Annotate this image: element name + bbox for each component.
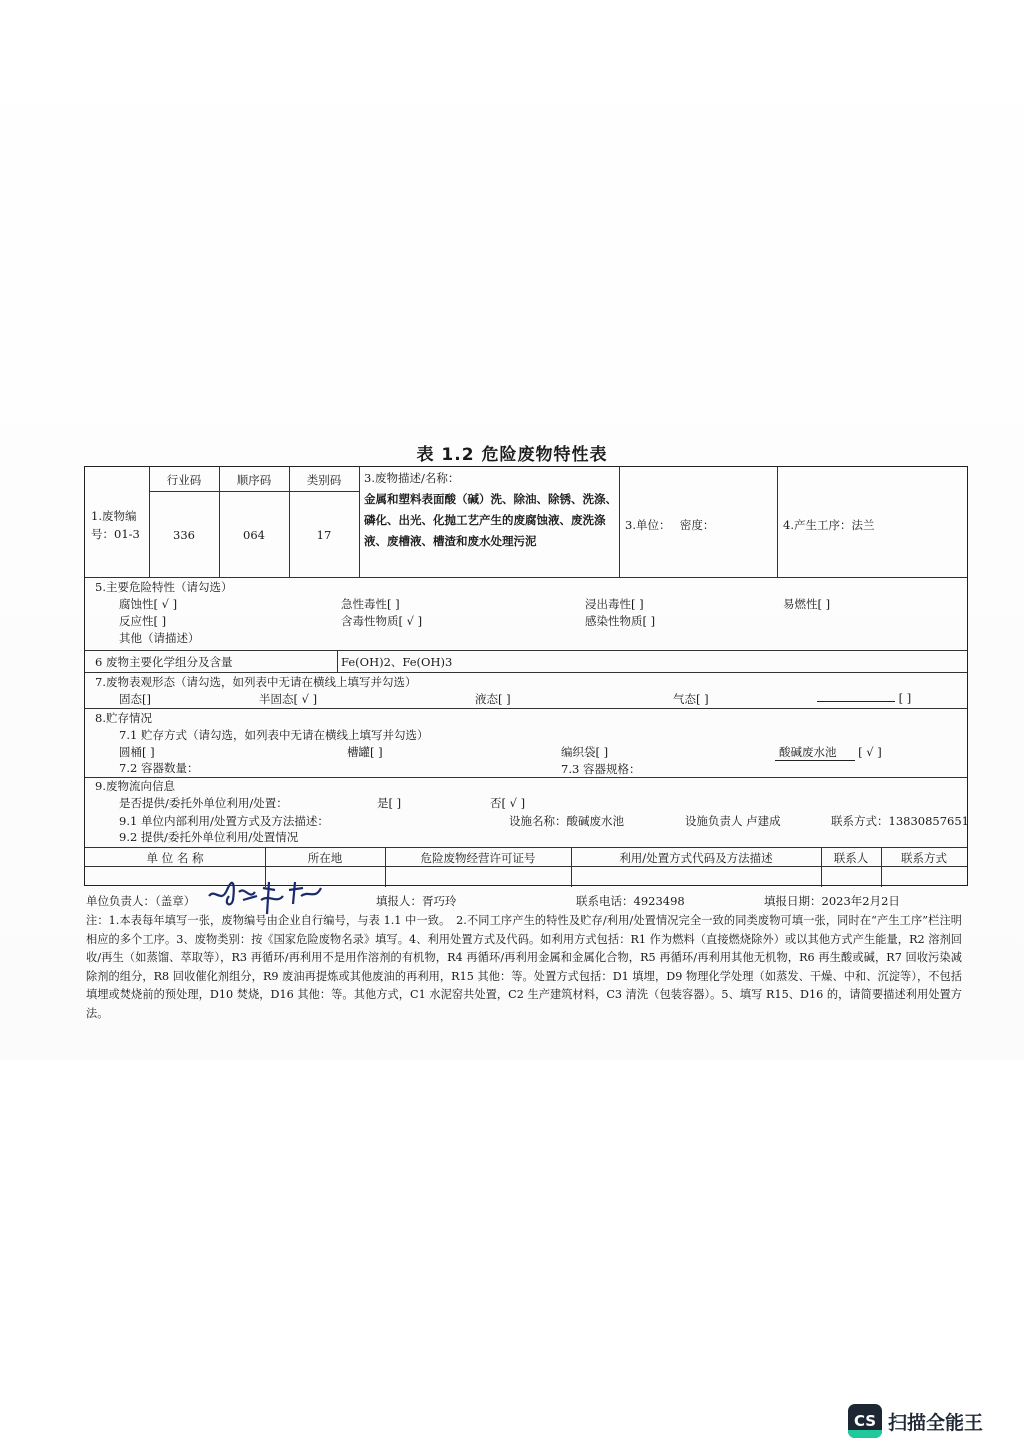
chemical-composition-value: Fe(OH)2、Fe(OH)3 xyxy=(341,654,452,670)
facility-contact: 联系方式：13830857651 xyxy=(831,813,969,829)
provide-no[interactable]: 否[ √ ] xyxy=(490,795,525,811)
form-notes: 注：1.本表每年填写一张，废物编号由企业自行编号，与表 1.1 中一致。 2.不… xyxy=(86,912,962,1024)
hazardous-waste-form: 1.废物编号：01-3 行业码 顺序码 类别码 336 064 17 3.废物描… xyxy=(84,466,968,886)
hazard-toxic-substance[interactable]: 含毒性物质[ √ ] xyxy=(341,613,422,629)
hazard-section-label: 5.主要危险特性（请勾选） xyxy=(95,579,232,595)
divider xyxy=(85,708,967,709)
form-section-label: 7.废物表观形态（请勾选，如列表中无请在横线上填写并勾选） xyxy=(95,674,416,690)
divider xyxy=(337,650,338,672)
storage-method-label: 7.1 贮存方式（请勾选，如列表中无请在横线上填写并勾选） xyxy=(119,727,428,743)
container-quantity: 7.2 容器数量： xyxy=(119,760,198,776)
provide-yes[interactable]: 是[ ] xyxy=(377,795,401,811)
storage-drum[interactable]: 圆桶[ ] xyxy=(119,744,155,760)
col-contact-person: 联系人 xyxy=(821,850,881,866)
page-title: 表 1.2 危险废物特性表 xyxy=(0,440,1024,465)
industry-code-value: 336 xyxy=(149,528,219,542)
waste-description: 金属和塑料表面酸（碱）洗、除油、除锈、洗涤、磷化、出光、化抛工艺产生的废腐蚀液、… xyxy=(364,489,622,552)
other-form-blank[interactable] xyxy=(817,691,895,702)
divider xyxy=(85,847,967,848)
divider xyxy=(85,672,967,673)
unit-responsible-label: 单位负责人：（盖章） xyxy=(86,893,195,909)
divider xyxy=(85,650,967,651)
col-disposal-method: 利用/处置方式代码及方法描述 xyxy=(571,850,821,866)
industry-code-header: 行业码 xyxy=(149,472,219,488)
hazard-other: 其他（请描述） xyxy=(119,630,200,646)
camscanner-watermark: CS 扫描全能王 xyxy=(848,1404,983,1438)
col-contact-info: 联系方式 xyxy=(881,850,967,866)
camscanner-logo-icon: CS xyxy=(848,1404,882,1438)
fill-date: 填报日期：2023年2月2日 xyxy=(764,893,900,909)
facility-manager: 设施负责人 卢建成 xyxy=(685,813,781,829)
external-disposal-label: 9.2 提供/委托外单位利用/处置情况 xyxy=(119,829,298,845)
storage-wastewater-pool[interactable]: 酸碱废水池 [ √ ] xyxy=(775,744,882,761)
chemical-composition-label: 6 废物主要化学组分及含量 xyxy=(95,654,232,670)
storage-woven-bag[interactable]: 编织袋[ ] xyxy=(561,744,608,760)
form-solid[interactable]: 固态[] xyxy=(119,691,151,707)
provide-question: 是否提供/委托外单位利用/处置： xyxy=(119,795,288,811)
filler-name: 填报人：胥巧玲 xyxy=(376,893,457,909)
unit-density-label: 3.单位： 密度： xyxy=(625,517,714,533)
form-semisolid[interactable]: 半固态[ √ ] xyxy=(259,691,317,707)
form-other[interactable]: [ ] xyxy=(817,691,911,705)
divider xyxy=(359,467,360,577)
flow-section-label: 9.废物流向信息 xyxy=(95,778,175,794)
category-code-value: 17 xyxy=(289,528,359,542)
divider xyxy=(149,491,359,492)
hazard-infectious[interactable]: 感染性物质[ ] xyxy=(585,613,655,629)
sequence-code-header: 顺序码 xyxy=(219,472,289,488)
hazard-reactive[interactable]: 反应性[ ] xyxy=(119,613,166,629)
storage-section-label: 8.贮存情况 xyxy=(95,710,152,726)
col-location: 所在地 xyxy=(265,850,385,866)
facility-name: 设施名称：酸碱废水池 xyxy=(509,813,624,829)
hazard-flammable[interactable]: 易燃性[ ] xyxy=(783,596,830,612)
col-unit-name: 单 位 名 称 xyxy=(85,850,265,866)
hazard-leaching-toxicity[interactable]: 浸出毒性[ ] xyxy=(585,596,644,612)
form-liquid[interactable]: 液态[ ] xyxy=(475,691,511,707)
internal-disposal-label: 9.1 单位内部利用/处置方式及方法描述： xyxy=(119,813,329,829)
category-code-header: 类别码 xyxy=(289,472,359,488)
production-process: 4.产生工序：法兰 xyxy=(783,517,874,533)
divider xyxy=(777,467,778,577)
waste-id-label: 1.废物编号：01-3 xyxy=(91,507,147,543)
divider xyxy=(85,577,967,578)
col-license-no: 危险废物经营许可证号 xyxy=(385,850,571,866)
form-gas[interactable]: 气态[ ] xyxy=(673,691,709,707)
hazard-corrosive[interactable]: 腐蚀性[ √ ] xyxy=(119,596,177,612)
sequence-code-value: 064 xyxy=(219,528,289,542)
divider xyxy=(85,777,967,778)
contact-phone: 联系电话：4923498 xyxy=(576,893,685,909)
container-spec: 7.3 容器规格： xyxy=(561,761,640,777)
waste-description-label: 3.废物描述/名称： xyxy=(364,470,459,486)
camscanner-text: 扫描全能王 xyxy=(888,1408,983,1435)
storage-tank[interactable]: 槽罐[ ] xyxy=(347,744,383,760)
hazard-acute-toxicity[interactable]: 急性毒性[ ] xyxy=(341,596,400,612)
